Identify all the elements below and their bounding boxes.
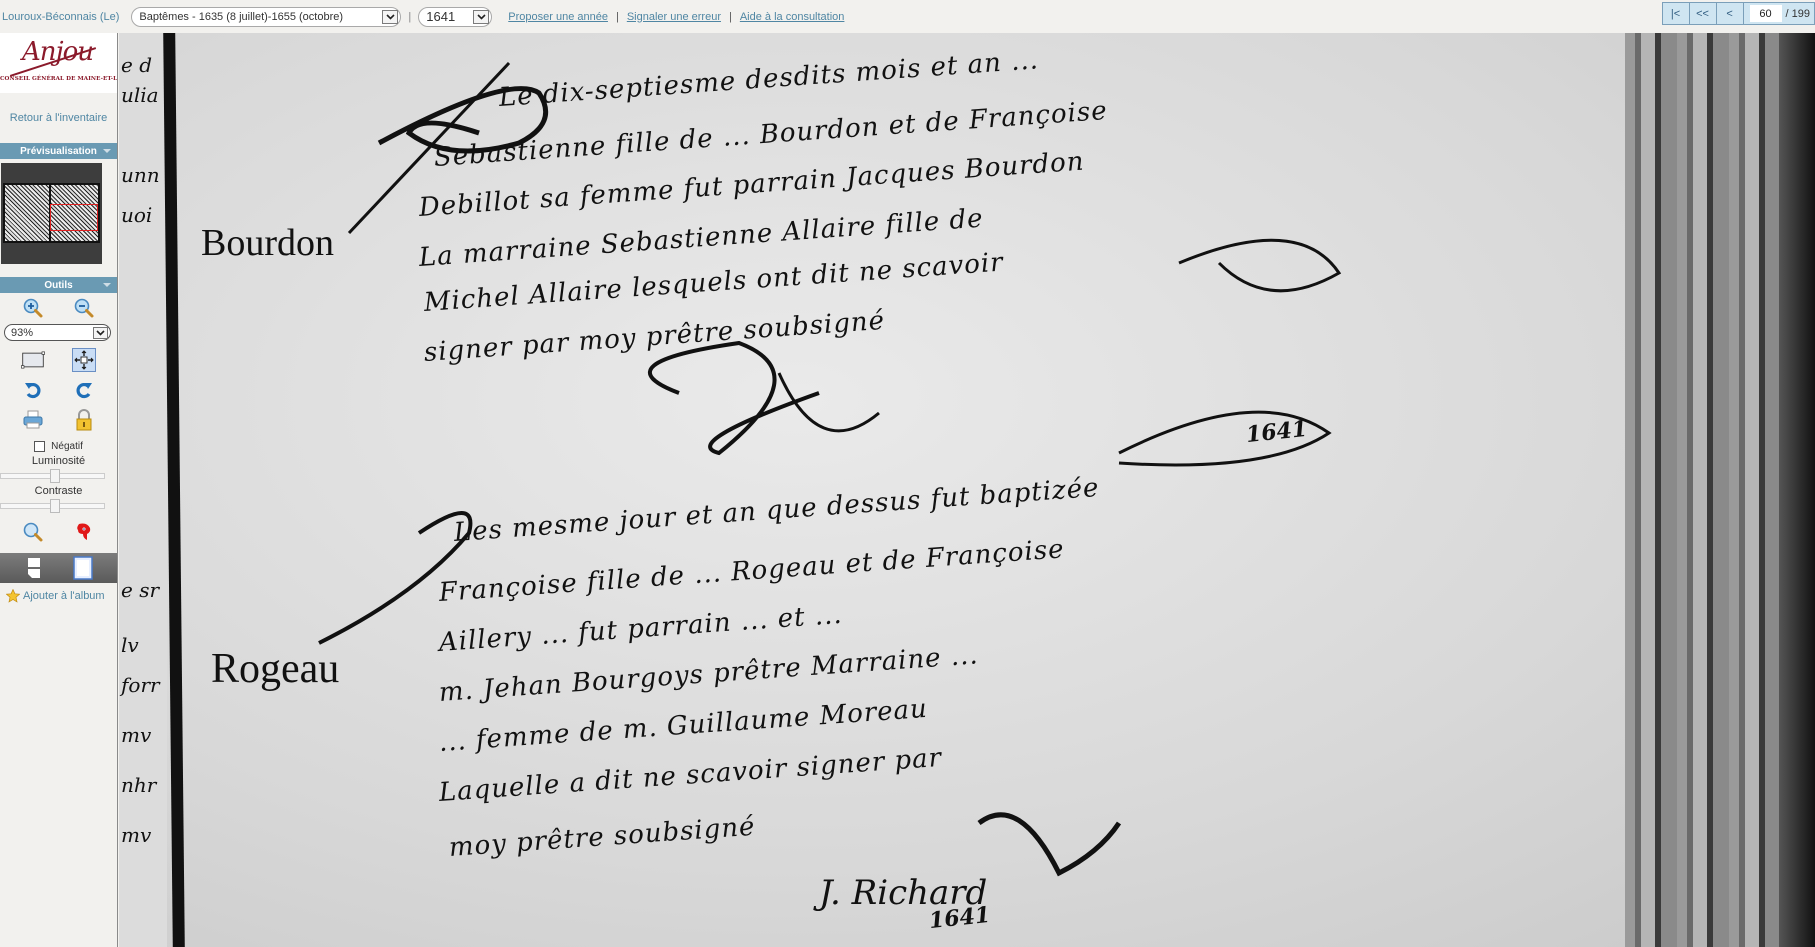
register-select[interactable]: Baptêmes - 1635 (8 juillet)-1655 (octobr…	[131, 7, 401, 27]
chevron-down-icon[interactable]	[93, 327, 108, 339]
collapse-triangle-icon[interactable]	[103, 283, 111, 287]
tools-section-title: Outils	[44, 280, 72, 291]
link-separator: |	[616, 11, 619, 23]
view-mode-bar	[0, 553, 117, 583]
pager: |< << < / 199	[1662, 2, 1815, 25]
link-separator: |	[729, 11, 732, 23]
book-binding	[1625, 33, 1815, 947]
first-page-button[interactable]: |<	[1663, 3, 1690, 24]
fit-page-icon[interactable]	[21, 348, 45, 372]
magnifier-icon[interactable]	[21, 520, 45, 544]
propose-year-link[interactable]: Proposer une année	[508, 11, 608, 23]
collapse-triangle-icon[interactable]	[103, 149, 111, 153]
sidebar: Anjou CONSEIL GÉNÉRAL DE MAINE-ET-LOIRE …	[0, 33, 118, 947]
page-number-input[interactable]	[1750, 5, 1782, 22]
year-select[interactable]: 1641	[418, 7, 492, 27]
rotate-left-icon[interactable]	[21, 378, 45, 402]
chevron-down-icon[interactable]	[382, 10, 398, 24]
top-toolbar: Louroux-Béconnais (Le) Baptêmes - 1635 (…	[0, 0, 1815, 33]
tools-panel: 93%	[0, 293, 117, 603]
negative-option[interactable]: Négatif	[0, 437, 117, 455]
logo-subtitle: CONSEIL GÉNÉRAL DE MAINE-ET-LOIRE	[0, 76, 117, 82]
brightness-slider[interactable]	[0, 469, 111, 483]
single-page-view-icon[interactable]	[22, 556, 46, 580]
zoom-in-icon[interactable]	[21, 296, 45, 320]
separator: |	[408, 11, 411, 23]
preview-thumbnail[interactable]	[1, 163, 102, 264]
preview-section-header[interactable]: Prévisualisation	[0, 143, 117, 159]
document-viewer[interactable]: e d ulia unn uoi e sr lv forr mv nhr mv …	[119, 33, 1815, 947]
anjou-logo: Anjou CONSEIL GÉNÉRAL DE MAINE-ET-LOIRE	[0, 33, 117, 93]
negative-label: Négatif	[51, 441, 83, 452]
zoom-level-value: 93%	[11, 327, 93, 339]
add-to-album-label: Ajouter à l'album	[23, 590, 105, 602]
negative-checkbox[interactable]	[34, 441, 45, 452]
preview-section-title: Prévisualisation	[20, 146, 97, 157]
zoom-out-icon[interactable]	[72, 296, 96, 320]
print-icon[interactable]	[21, 408, 45, 432]
add-to-album-link[interactable]: Ajouter à l'album	[0, 583, 117, 603]
double-page-view-icon[interactable]	[71, 556, 95, 580]
page-total: / 199	[1786, 8, 1810, 20]
year-select-value: 1641	[426, 9, 473, 24]
previous-page-button[interactable]: <	[1717, 3, 1744, 24]
back-to-inventory-link[interactable]: Retour à l'inventaire	[0, 93, 117, 143]
logo-script: Anjou	[22, 37, 93, 67]
fit-screen-icon[interactable]	[72, 348, 96, 372]
brightness-label: Luminosité	[0, 455, 117, 469]
lock-icon[interactable]	[72, 408, 96, 432]
marianne-icon[interactable]	[72, 520, 96, 544]
zoom-level-select[interactable]: 93%	[4, 324, 111, 341]
slider-thumb[interactable]	[50, 499, 60, 513]
slider-thumb[interactable]	[50, 469, 60, 483]
contrast-label: Contraste	[0, 485, 117, 499]
tools-section-header[interactable]: Outils	[0, 277, 117, 293]
rotate-right-icon[interactable]	[72, 378, 96, 402]
register-select-value: Baptêmes - 1635 (8 juillet)-1655 (octobr…	[139, 11, 382, 23]
star-icon	[6, 589, 20, 603]
viewport-frame[interactable]	[50, 204, 98, 231]
page-indicator: / 199	[1744, 3, 1814, 24]
place-name: Louroux-Béconnais (Le)	[2, 11, 119, 23]
chevron-down-icon[interactable]	[473, 10, 489, 24]
rewind-button[interactable]: <<	[1690, 3, 1717, 24]
contrast-slider[interactable]	[0, 499, 111, 513]
binding-edge	[1779, 33, 1815, 947]
report-error-link[interactable]: Signaler une erreur	[627, 11, 721, 23]
help-link[interactable]: Aide à la consultation	[740, 11, 845, 23]
